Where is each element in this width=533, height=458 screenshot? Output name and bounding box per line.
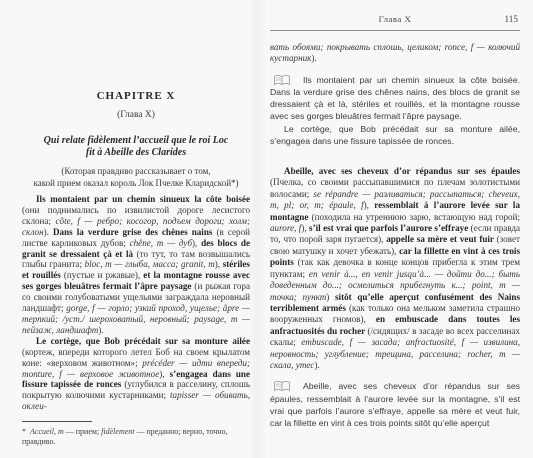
text-segment: (пустые и ржавые), — [64, 270, 143, 280]
reading-paragraph: Abeille, avec ses cheveux d’or répandus … — [270, 380, 520, 429]
text-segment: aurore, f — [270, 223, 301, 233]
chapter-title-fr: Qui relate fidèlement l’accueil que le r… — [22, 135, 250, 159]
left-page: CHAPITRE X (Глава X) Qui relate fidèleme… — [22, 0, 250, 446]
text-segment: bloc, m — глыба, масса; granit, m — [85, 259, 215, 269]
page-number: 115 — [505, 14, 518, 24]
gloss-paragraph: Ils montaient par un chemin sinueux la c… — [22, 194, 250, 336]
reading-block: Ils montaient par un chemin sinueux la c… — [270, 74, 520, 147]
right-page: Глава X 115 вать обоями; покрывать сплош… — [270, 14, 520, 429]
reading-block: Abeille, avec ses cheveux d’or répandus … — [270, 380, 520, 429]
text-segment: ), — [159, 369, 169, 379]
text-segment: ), — [192, 238, 201, 248]
text-segment: ) — [326, 292, 335, 302]
text-segment: chêne, m — дуб — [130, 238, 192, 248]
running-header-chapter: Глава X — [270, 14, 520, 24]
text-segment: embuscade, f — засада; anfractuosité, f … — [270, 337, 520, 370]
text-segment: ), — [301, 223, 309, 233]
gloss-paragraph-continuation: вать обоями; покрывать сплошь, целиком; … — [270, 42, 520, 65]
header-rule — [270, 30, 520, 31]
footnote: * Accueil, m — прием; fidèlement — преда… — [22, 427, 250, 446]
open-book-icon — [273, 380, 291, 393]
text-segment: appelle sa mère et veut fuir — [386, 234, 496, 244]
reading-paragraph: Le cortège, que Bob précédait sur sa mon… — [270, 123, 520, 147]
text-segment: Ils montaient par un chemin sinueux la c… — [36, 194, 250, 204]
text-segment: Le cortège, que Bob précédait sur sa mon… — [36, 336, 250, 346]
open-book-icon — [273, 74, 291, 87]
chapter-heading-ru: (Глава X) — [22, 110, 250, 121]
text-segment: s’il est vrai que parfois l’aurore s’eff… — [309, 223, 471, 233]
text-segment: ). — [314, 360, 319, 370]
reading-paragraph: Ils montaient par un chemin sinueux la c… — [270, 74, 520, 123]
gloss-paragraph: Abeille, avec ses cheveux d’or répandus … — [270, 166, 520, 371]
chapter-heading: CHAPITRE X — [22, 90, 250, 102]
text-segment: ), — [364, 200, 375, 210]
text-segment: Accueil, m — [30, 427, 64, 436]
chapter-title-ru: (Которая правдиво рассказывает о том, ка… — [22, 166, 250, 189]
text-segment: * — [22, 427, 30, 436]
text-segment: Abeille, avec ses cheveux d’or répandus … — [284, 166, 520, 176]
text-segment: — прием; — [64, 427, 101, 436]
footnote-divider — [22, 421, 92, 422]
text-segment: Dans la verdure grise des chênes nains — [53, 227, 217, 237]
scanned-book-spread: { "left_page": { "chapter_heading": "CHA… — [0, 0, 533, 458]
text-segment: (походила на утреннюю зарю, встающую над… — [312, 212, 520, 222]
text-segment: ). — [311, 53, 316, 63]
gloss-paragraph: Le cortège, que Bob précédait sur sa mon… — [22, 336, 250, 412]
text-segment: fidèlement — [101, 427, 134, 436]
text-segment: вать обоями; покрывать сплошь, целиком; … — [270, 42, 520, 63]
text-segment: ). — [44, 227, 53, 237]
text-segment: ), — [215, 259, 223, 269]
running-header: Глава X 115 — [270, 14, 520, 25]
text-segment: ). — [98, 325, 103, 335]
